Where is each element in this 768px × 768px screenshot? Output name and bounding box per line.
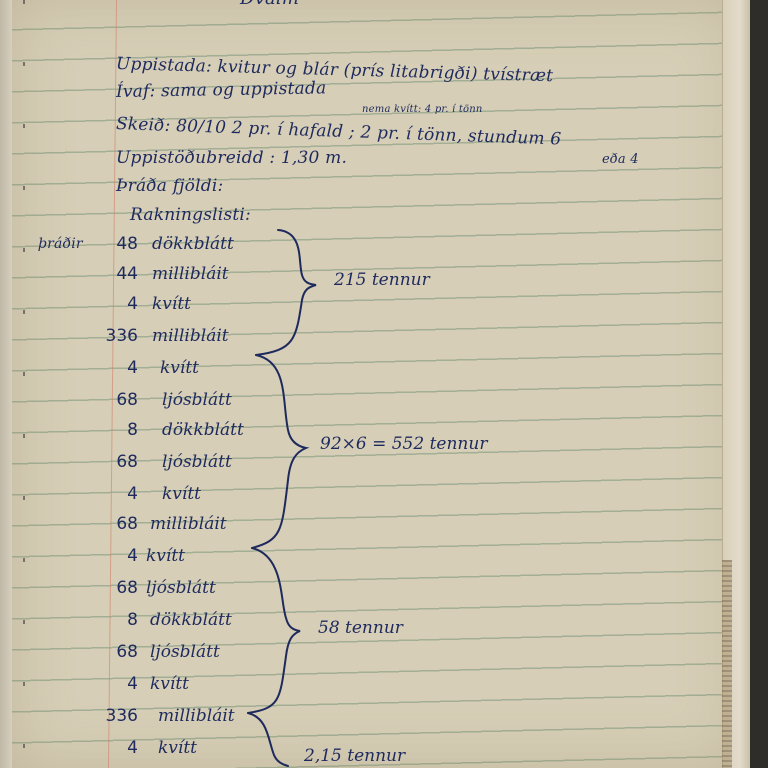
group-total-4: 2,15 tennur	[304, 746, 405, 766]
group-total-2: 92×6 = 552 tennur	[320, 434, 487, 454]
grouping-braces	[12, 0, 738, 768]
group-total-3: 58 tennur	[318, 618, 403, 638]
brace-group-4	[248, 713, 288, 766]
brace-group-3	[248, 548, 300, 713]
left-page-edge	[0, 0, 12, 768]
background-surface	[750, 0, 768, 768]
group-total-1: 215 tennur	[334, 270, 430, 290]
frayed-page-edge	[722, 560, 732, 768]
brace-group-1	[256, 230, 316, 355]
brace-group-2	[252, 355, 306, 548]
notebook-page: Dvalm Uppistada: kvitur og blár (prís li…	[12, 0, 738, 768]
